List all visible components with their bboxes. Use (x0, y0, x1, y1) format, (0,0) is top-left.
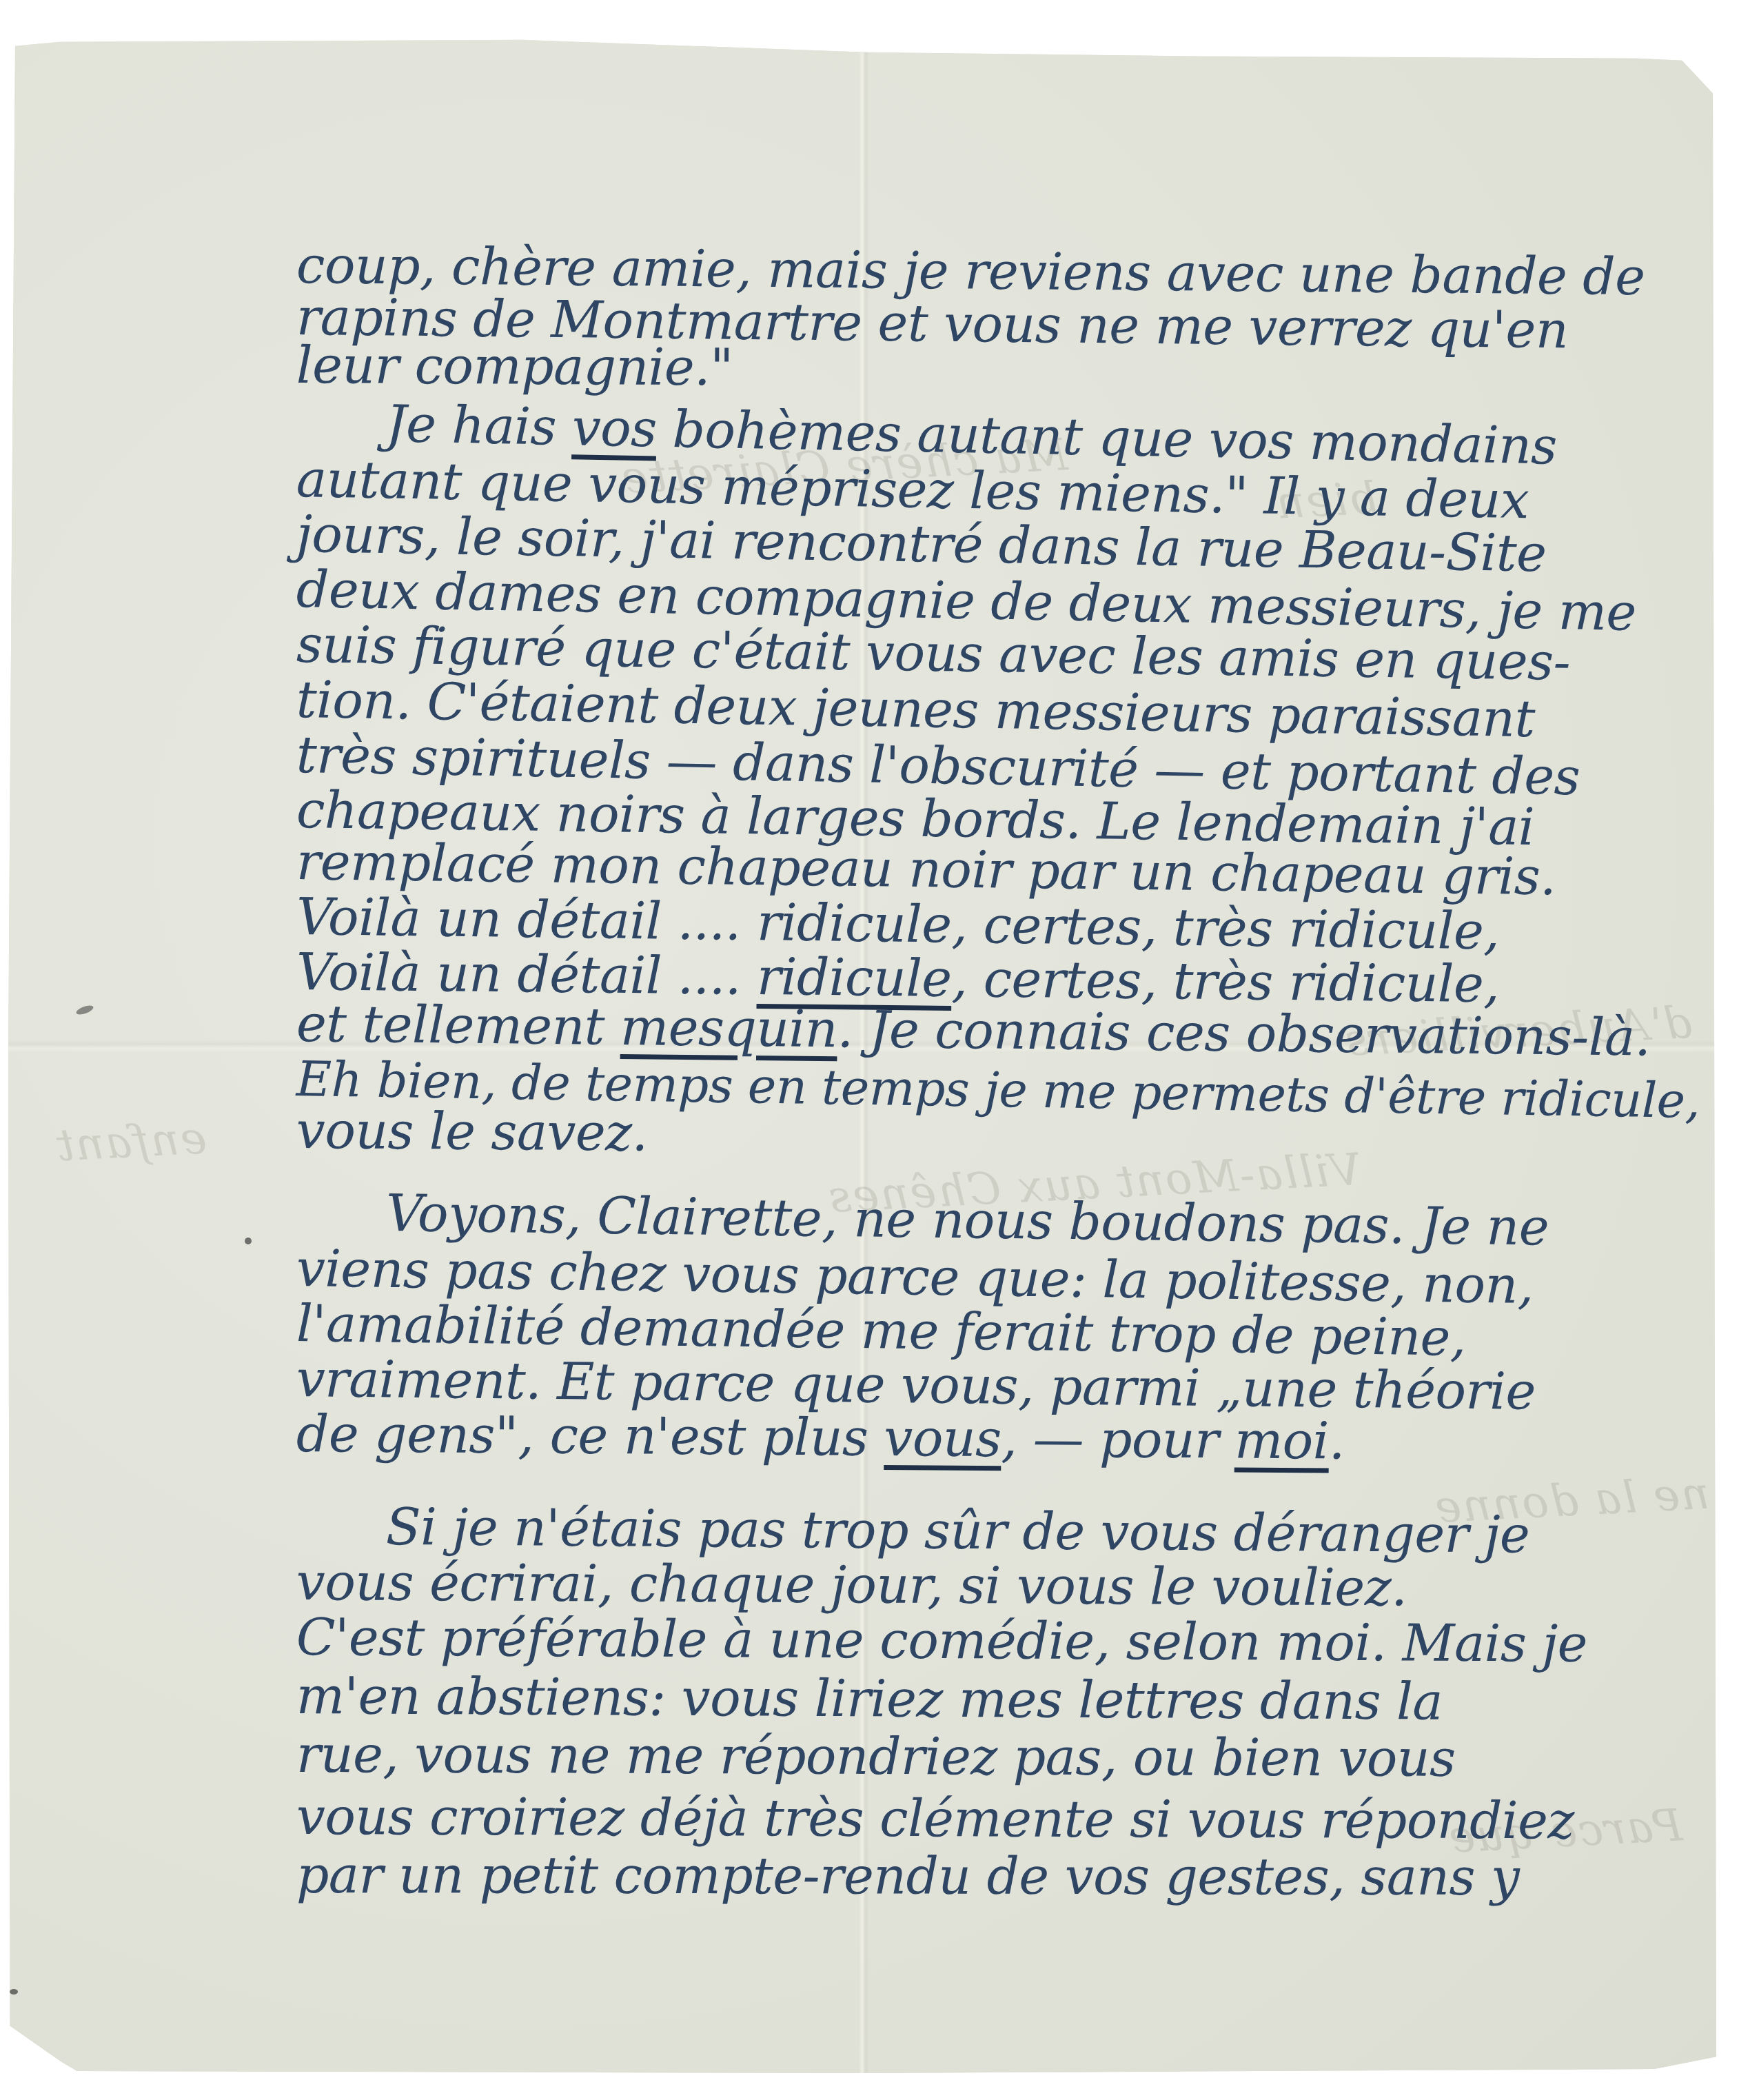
letter-line: m'en abstiens: vous liriez mes lettres d… (296, 1668, 1730, 1731)
letter-line: leur compagnie." (296, 338, 1730, 401)
line-text: de gens", ce n'est plus (296, 1404, 884, 1468)
underlined-word: vos (571, 398, 657, 458)
line-text: Je hais (385, 394, 573, 457)
line-text: et tellement (296, 994, 621, 1057)
letter-line: vous croiriez déjà très clémente si vous… (296, 1789, 1730, 1849)
letter-line: par un petit compte-rendu de vos gestes,… (296, 1848, 1730, 1906)
letter-line: vous écrirai, chaque jour, si vous le vo… (296, 1555, 1730, 1617)
line-text: , — pour (1001, 1409, 1234, 1470)
line-text: . Je connais ces observations-là. (837, 1000, 1651, 1067)
letter-line: vous le savez. (296, 1103, 1731, 1169)
line-text: . (1329, 1411, 1345, 1471)
letter-line: de gens", ce n'est plus vous, — pour moi… (296, 1406, 1731, 1472)
letter-line: C'est préférable à une comédie, selon mo… (296, 1610, 1730, 1673)
underlined-word: mesquin (620, 998, 838, 1059)
underlined-word: vous (884, 1409, 1001, 1468)
ink-spot (10, 1989, 18, 1995)
ink-spot (245, 1238, 252, 1244)
letter-line: rue, vous ne me répondriez pas, ou bien … (296, 1727, 1730, 1787)
underlined-word: moi (1234, 1411, 1329, 1471)
